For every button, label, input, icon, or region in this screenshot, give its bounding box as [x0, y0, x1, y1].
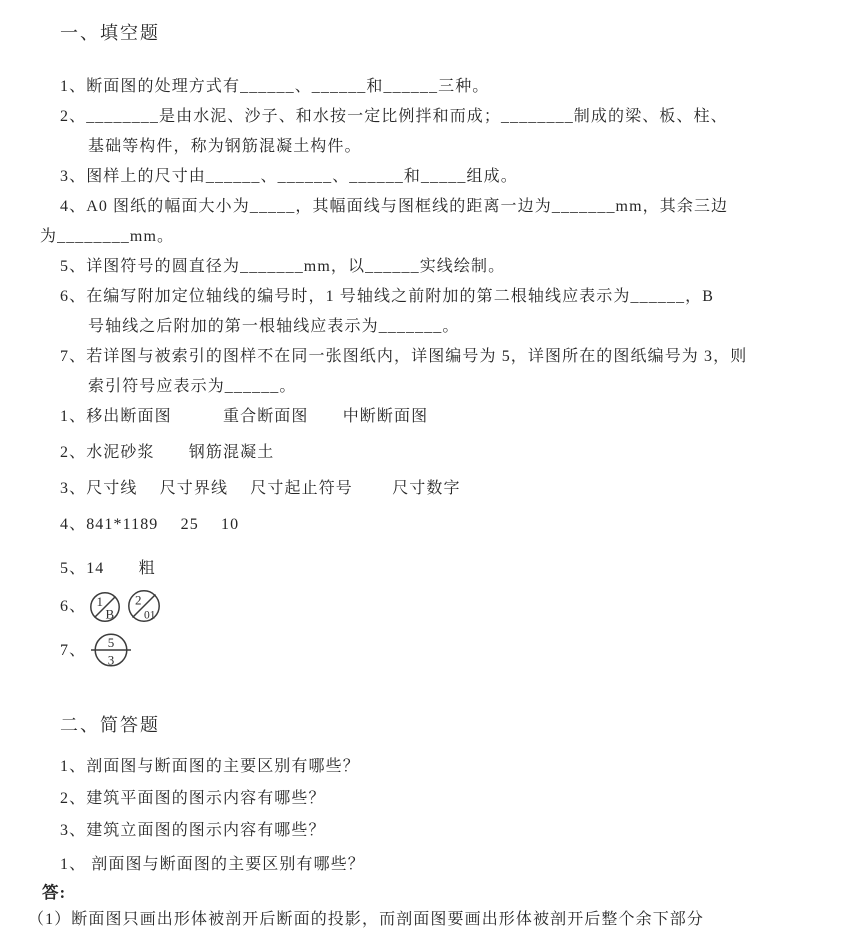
fill-answer-3: 3、尺寸线 尺寸界线 尺寸起止符号 尺寸数字 [60, 474, 811, 504]
fill-answer-6-label: 6、 [60, 594, 86, 620]
fill-answer-1: 1、移出断面图 重合断面图 中断断面图 [60, 402, 811, 432]
svg-text:3: 3 [108, 653, 115, 668]
svg-text:01: 01 [144, 610, 156, 622]
short-q1: 1、剖面图与断面图的主要区别有哪些？ [60, 752, 811, 782]
blank-q4-line1: 4、A0 图纸的幅面大小为_____，其幅面线与图框线的距离一边为_______… [60, 192, 811, 222]
svg-text:5: 5 [108, 635, 115, 650]
short-q3: 3、建筑立面图的图示内容有哪些？ [60, 816, 811, 846]
svg-text:1: 1 [97, 594, 104, 609]
fill-answer-4: 4、841*1189 25 10 [60, 510, 811, 540]
answer-label: 答: [42, 880, 811, 906]
fill-answer-6-row: 6、 1 B 2 01 [60, 586, 811, 620]
fill-answer-5: 5、14 粗 [60, 554, 811, 584]
blank-q2-line1: 2、________是由水泥、沙子、和水按一定比例拌和而成；________制成… [60, 102, 811, 132]
svg-text:2: 2 [135, 593, 142, 608]
axis-symbol-1-over-B-icon: 1 B [89, 591, 121, 623]
blank-q1: 1、断面图的处理方式有______、______和______三种。 [60, 72, 811, 102]
short-q1-repeat: 1、 剖面图与断面图的主要区别有哪些？ [60, 850, 811, 880]
fill-answer-7-row: 7、 5 3 [60, 626, 811, 664]
section1-heading: 一、填空题 [60, 18, 811, 48]
short-q2: 2、建筑平面图的图示内容有哪些？ [60, 784, 811, 814]
section2-heading: 二、简答题 [60, 710, 811, 740]
blank-q7-line2: 索引符号应表示为______。 [88, 372, 811, 402]
blank-q5: 5、详图符号的圆直径为_______mm，以______实线绘制。 [60, 252, 811, 282]
document-page: 一、填空题 1、断面图的处理方式有______、______和______三种。… [0, 0, 847, 932]
svg-text:B: B [106, 607, 115, 622]
blank-q3: 3、图样上的尺寸由______、______、______和_____组成。 [60, 162, 811, 192]
detail-index-symbol-5-over-3-icon: 5 3 [89, 631, 133, 669]
blank-q2-line2: 基础等构件，称为钢筋混凝土构件。 [88, 132, 811, 162]
blank-q7-line1: 7、若详图与被索引的图样不在同一张图纸内，详图编号为 5，详图所在的图纸编号为 … [60, 342, 811, 372]
fill-answer-7-label: 7、 [60, 638, 86, 664]
blank-q6-line1: 6、在编写附加定位轴线的编号时，1 号轴线之前附加的第二根轴线应表示为_____… [60, 282, 811, 312]
axis-symbol-2-over-01-icon: 2 01 [127, 589, 161, 623]
blank-q4-line2: 为________mm。 [40, 222, 811, 252]
blank-q6-line2: 号轴线之后附加的第一根轴线应表示为_______。 [88, 312, 811, 342]
answer-point-1: （1）断面图只画出形体被剖开后断面的投影，而剖面图要画出形体被剖开后整个余下部分 [28, 906, 811, 932]
fill-answer-2: 2、水泥砂浆 钢筋混凝土 [60, 438, 811, 468]
